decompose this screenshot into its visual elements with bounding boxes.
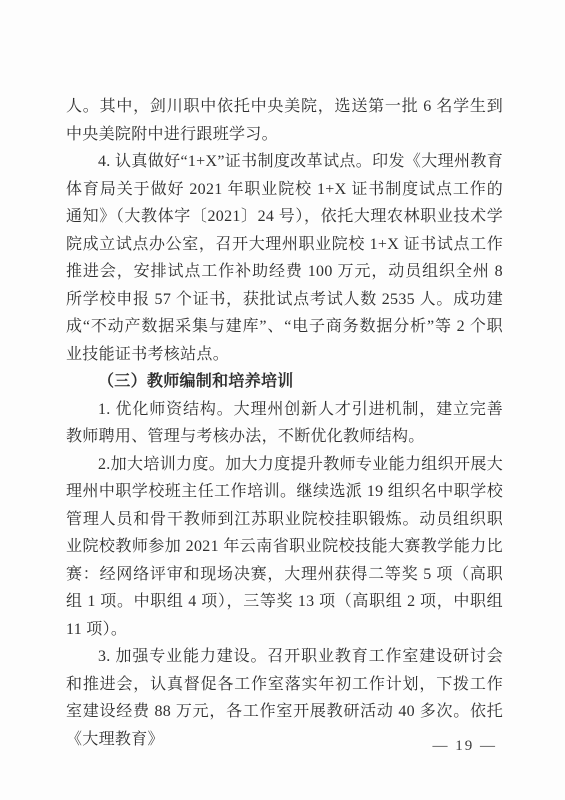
document-page: 人。其中，剑川职中依托中央美院，选送第一批 6 名学生到中央美院附中进行跟班学习…	[0, 0, 565, 800]
paragraph-item-2: 2.加大培训力度。加大力度提升教师专业能力组织开展大理州中职学校班主任工作培训。…	[66, 451, 503, 644]
section-heading: （三）教师编制和培养培训	[66, 368, 503, 396]
page-number: — 19 —	[433, 738, 498, 755]
text-block: 人。其中，剑川职中依托中央美院，选送第一批 6 名学生到中央美院附中进行跟班学习…	[66, 93, 503, 753]
paragraph-continuation: 人。其中，剑川职中依托中央美院，选送第一批 6 名学生到中央美院附中进行跟班学习…	[66, 93, 503, 148]
paragraph-item-3: 3. 加强专业能力建设。召开职业教育工作室建设研讨会和推进会，认真督促各工作室落…	[66, 643, 503, 753]
paragraph-item-4: 4. 认真做好“1+X”证书制度改革试点。印发《大理州教育体育局关于做好 202…	[66, 148, 503, 368]
paragraph-item-1: 1. 优化师资结构。大理州创新人才引进机制，建立完善教师聘用、管理与考核办法，不…	[66, 396, 503, 451]
